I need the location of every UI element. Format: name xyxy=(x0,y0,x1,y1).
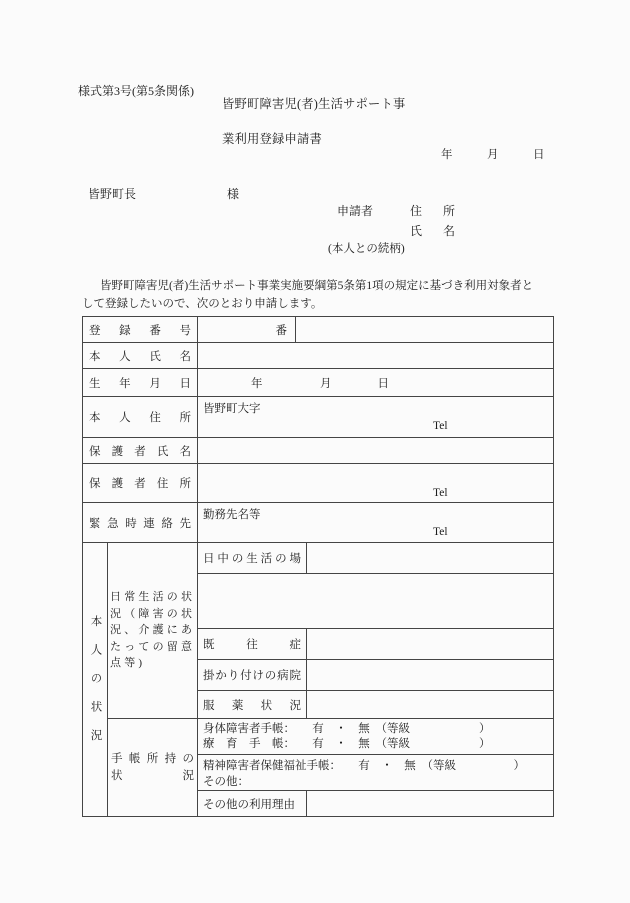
other-certificate-line: その他： xyxy=(203,775,553,791)
rehab-certificate-line: 療 育 手 帳： 有 ・ 無 （等級 ） xyxy=(203,737,553,752)
certificate-status-label-line1: 手帳所持の xyxy=(111,751,194,768)
mental-certificate-cell: 精神障害者保健福祉手帳： 有 ・ 無 （等級 ） その他： xyxy=(198,755,554,791)
person-status-label: 本人の状況 xyxy=(83,601,108,758)
daytime-place-label-cell: 日中の生活の場 xyxy=(198,543,307,574)
other-reason-value-cell xyxy=(307,791,554,817)
certificate-status-label-line2: 状況 xyxy=(111,768,194,785)
medical-history-label-cell: 既往症 xyxy=(198,629,307,660)
daily-life-label-line1: 日常生活の状 xyxy=(110,589,195,606)
form-number: 様式第3号(第5条関係) xyxy=(78,82,194,99)
addressee: 皆野町長 xyxy=(88,185,136,202)
daytime-place-value-cell xyxy=(307,543,554,574)
daily-life-label-cell: 日常生活の状 況（障害の状 況、介護にあ たっての留意 点等) xyxy=(108,543,198,719)
applicant-relation-label: (本人との続柄) xyxy=(328,240,405,256)
document-title: 皆野町障害児(者)生活サポート事 業利用登録申請書 xyxy=(222,96,406,149)
emergency-contact-label-cell: 緊急時連絡先 xyxy=(83,503,198,543)
medical-history-value-cell xyxy=(307,629,554,660)
document-title-line1: 皆野町障害児(者)生活サポート事 xyxy=(222,97,406,111)
birth-date-value-cell: 年 月 日 xyxy=(198,369,554,397)
guardian-address-value-cell: Tel xyxy=(198,464,554,503)
person-address-label-cell: 本人住所 xyxy=(83,397,198,438)
guardian-address-tel-label: Tel xyxy=(203,485,548,502)
medication-label-cell: 服薬状況 xyxy=(198,691,307,719)
intro-paragraph-line1: 皆野町障害児(者)生活サポート事業実施要綱第5条第1項の規定に基づき利用対象者と xyxy=(100,277,533,293)
medication-value-cell xyxy=(307,691,554,719)
emergency-tel-label: Tel xyxy=(203,524,548,541)
daily-life-label-line5: 点等) xyxy=(110,655,145,672)
medication-label: 服薬状況 xyxy=(203,697,301,713)
emergency-workplace-label: 勤務先名等 xyxy=(203,507,548,524)
daily-life-label-line4: たっての留意 xyxy=(110,639,195,656)
person-address-label: 本人住所 xyxy=(89,409,191,425)
family-doctor-value-cell xyxy=(307,660,554,691)
person-address-value-cell: 皆野町大字 Tel xyxy=(198,397,554,438)
birth-date-label-cell: 生年月日 xyxy=(83,369,198,397)
person-name-label: 本人氏名 xyxy=(89,348,191,364)
emergency-contact-value-cell: 勤務先名等 Tel xyxy=(198,503,554,543)
registration-number-value-cell: 番 xyxy=(198,317,296,343)
intro-paragraph-line2: して登録したいので、次のとおり申請します。 xyxy=(82,295,322,311)
person-name-label-cell: 本人氏名 xyxy=(83,343,198,369)
other-reason-label-cell: その他の利用理由 xyxy=(198,791,307,817)
guardian-name-value-cell xyxy=(198,438,554,464)
certificate-status-label-cell: 手帳所持の 状況 xyxy=(108,719,198,817)
medical-history-label: 既往症 xyxy=(203,636,301,652)
guardian-name-label-cell: 保護者氏名 xyxy=(83,438,198,464)
person-name-value-cell xyxy=(198,343,554,369)
guardian-name-label: 保護者氏名 xyxy=(89,443,191,459)
daytime-place-label: 日中の生活の場 xyxy=(203,550,301,566)
date-line: 年 月 日 xyxy=(441,146,545,162)
physical-certificate-line: 身体障害者手帳： 有 ・ 無 （等級 ） xyxy=(203,722,553,737)
daily-life-notes-cell xyxy=(198,574,554,629)
guardian-address-label-cell: 保護者住所 xyxy=(83,464,198,503)
document-title-line2: 業利用登録申請書 xyxy=(222,132,322,146)
person-address-tel-label: Tel xyxy=(203,418,548,435)
daily-life-label-line2: 況（障害の状 xyxy=(110,606,195,623)
registration-number-extra-cell xyxy=(296,317,554,343)
application-table: 登録番号 番 本人氏名 生年月日 年 月 日 本人住所 皆野町大字 Tel 保護… xyxy=(82,316,554,817)
daily-life-label-line3: 況、介護にあ xyxy=(110,622,195,639)
family-doctor-label: 掛かり付けの病院 xyxy=(203,667,301,683)
registration-number-unit: 番 xyxy=(198,322,295,338)
applicant-name-label: 氏名 xyxy=(410,222,476,239)
guardian-address-label: 保護者住所 xyxy=(89,475,191,491)
person-address-prefix: 皆野町大字 xyxy=(203,401,548,418)
mental-certificate-line: 精神障害者保健福祉手帳： 有 ・ 無 （等級 ） xyxy=(203,759,553,775)
document-page: 様式第3号(第5条関係) 皆野町障害児(者)生活サポート事 業利用登録申請書 年… xyxy=(0,0,630,903)
guardian-address-blank-line xyxy=(203,468,548,485)
person-status-label-cell: 本人の状況 xyxy=(83,543,108,817)
family-doctor-label-cell: 掛かり付けの病院 xyxy=(198,660,307,691)
registration-number-label-cell: 登録番号 xyxy=(83,317,198,343)
applicant-label: 申請者 xyxy=(337,202,373,219)
emergency-contact-label: 緊急時連絡先 xyxy=(89,515,191,531)
birth-date-label: 生年月日 xyxy=(89,375,191,391)
applicant-address-label: 住所 xyxy=(410,202,476,219)
addressee-honorific: 様 xyxy=(227,185,239,202)
other-reason-label: その他の利用理由 xyxy=(203,796,295,812)
physical-rehab-certificate-cell: 身体障害者手帳： 有 ・ 無 （等級 ） 療 育 手 帳： 有 ・ 無 （等級 … xyxy=(198,719,554,755)
registration-number-label: 登録番号 xyxy=(89,322,191,338)
birth-date-placeholder: 年 月 日 xyxy=(198,375,389,391)
